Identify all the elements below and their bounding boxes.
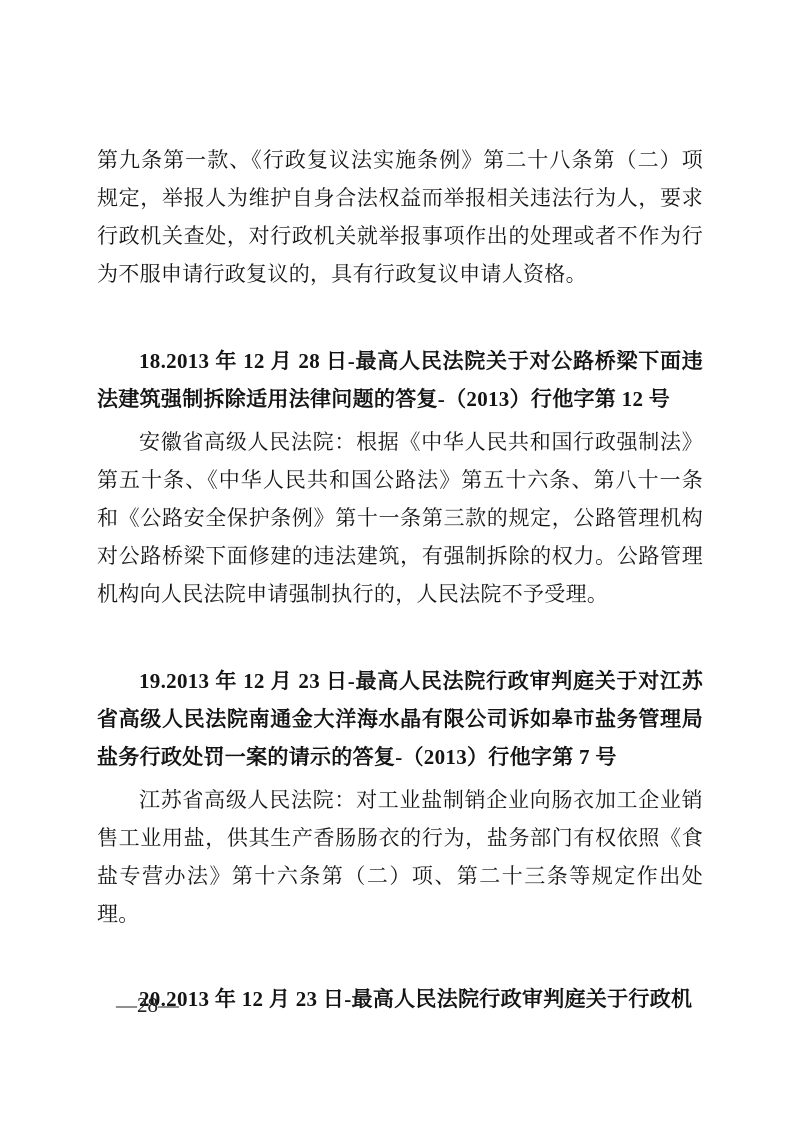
document-body: 第九条第一款、《行政复议法实施条例》第二十八条第（二）项规定，举报人为维护自身合… [97,141,703,1018]
paragraph-continuation-from-previous-page: 第九条第一款、《行政复议法实施条例》第二十八条第（二）项规定，举报人为维护自身合… [97,141,703,293]
entry-heading-19: 19.2013 年 12 月 23 日-最高人民法院行政审判庭关于对江苏省高级人… [97,662,703,776]
entry-body-19: 江苏省高级人民法院：对工业盐制销企业向肠衣加工企业销售工业用盐，供其生产香肠肠衣… [97,781,703,933]
entry-heading-20-truncated: 20.2013 年 12 月 23 日-最高人民法院行政审判庭关于行政机 [97,980,703,1018]
entry-heading-18: 18.2013 年 12 月 28 日-最高人民法院关于对公路桥梁下面违法建筑强… [97,342,703,418]
document-page: 第九条第一款、《行政复议法实施条例》第二十八条第（二）项规定，举报人为维护自身合… [0,0,793,1122]
entry-body-18: 安徽省高级人民法院：根据《中华人民共和国行政强制法》第五十条、《中华人民共和国公… [97,423,703,613]
page-number: —28— [116,993,179,1017]
